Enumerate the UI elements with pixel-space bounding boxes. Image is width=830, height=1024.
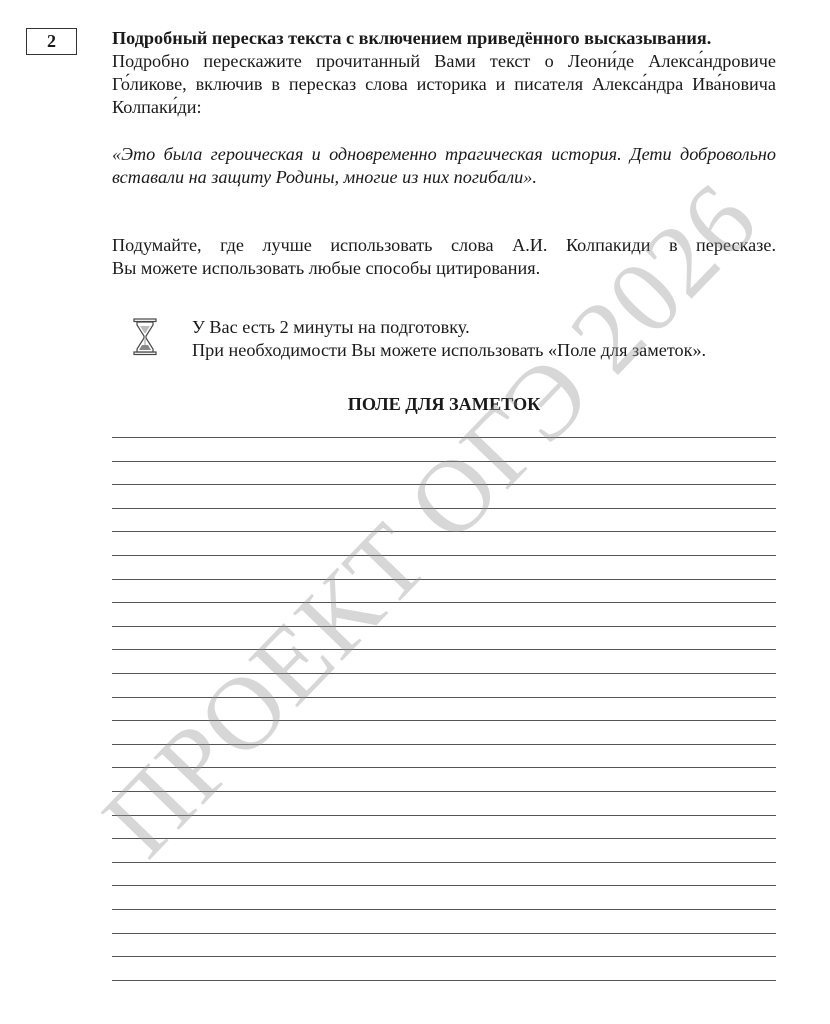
note-line (112, 673, 776, 674)
note-line (112, 815, 776, 816)
note-line (112, 697, 776, 698)
quotation: «Это была героическая и одновременно тра… (112, 143, 776, 189)
note-line (112, 626, 776, 627)
note-line (112, 956, 776, 957)
note-line (112, 531, 776, 532)
note-line (112, 909, 776, 910)
hint-line-1: Подумайте, где лучше использовать слова … (112, 234, 776, 257)
note-line (112, 980, 776, 981)
note-line (112, 461, 776, 462)
timer-text: У Вас есть 2 минуты на подготовку. При н… (192, 316, 812, 362)
task-title: Подробный пересказ текста с включением п… (112, 27, 776, 50)
note-line (112, 555, 776, 556)
timer-line-2: При необходимости Вы можете использовать… (192, 339, 812, 362)
timer-line-1: У Вас есть 2 минуты на подготовку. (192, 316, 812, 339)
note-line (112, 579, 776, 580)
note-line (112, 791, 776, 792)
hourglass-icon (132, 318, 158, 356)
note-line (112, 484, 776, 485)
note-line (112, 437, 776, 438)
hint-line-2: Вы можете использовать любые способы цит… (112, 257, 776, 280)
note-line (112, 720, 776, 721)
note-line (112, 767, 776, 768)
note-line (112, 508, 776, 509)
notes-title: ПОЛЕ ДЛЯ ЗАМЕТОК (112, 393, 776, 416)
note-line (112, 862, 776, 863)
note-line (112, 933, 776, 934)
note-line (112, 885, 776, 886)
task-intro: Подробно перескажите прочитанный Вами те… (112, 50, 776, 119)
task-header: Подробный пересказ текста с включением п… (112, 27, 776, 119)
note-line (112, 602, 776, 603)
note-line (112, 744, 776, 745)
task-number-box: 2 (26, 28, 77, 55)
note-line (112, 838, 776, 839)
task-hint: Подумайте, где лучше использовать слова … (112, 234, 776, 280)
task-number: 2 (47, 31, 56, 52)
note-line (112, 649, 776, 650)
